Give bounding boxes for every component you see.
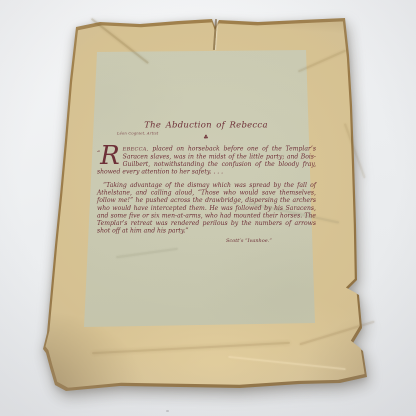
- drop-cap-group: “R: [97, 146, 120, 167]
- drop-cap: R: [100, 141, 120, 171]
- dust-speck: [166, 410, 169, 412]
- club-ornament-icon: ♣: [90, 135, 322, 140]
- plate-text-block: The Abduction of Rebecca Léon Cogniet, A…: [90, 116, 322, 244]
- paragraph-lead-smallcaps: EBECCA,: [123, 147, 149, 153]
- second-paragraph: “Taking advantage of the dismay which wa…: [97, 182, 316, 235]
- first-paragraph: “REBECCA, placed on horseback before one…: [97, 145, 316, 176]
- source-attribution: Scott’s “Ivanhoe.”: [226, 238, 322, 244]
- paper-page: The Abduction of Rebecca Léon Cogniet, A…: [0, 0, 416, 416]
- photo-background: The Abduction of Rebecca Léon Cogniet, A…: [0, 0, 416, 416]
- page-title: The Abduction of Rebecca: [90, 120, 322, 130]
